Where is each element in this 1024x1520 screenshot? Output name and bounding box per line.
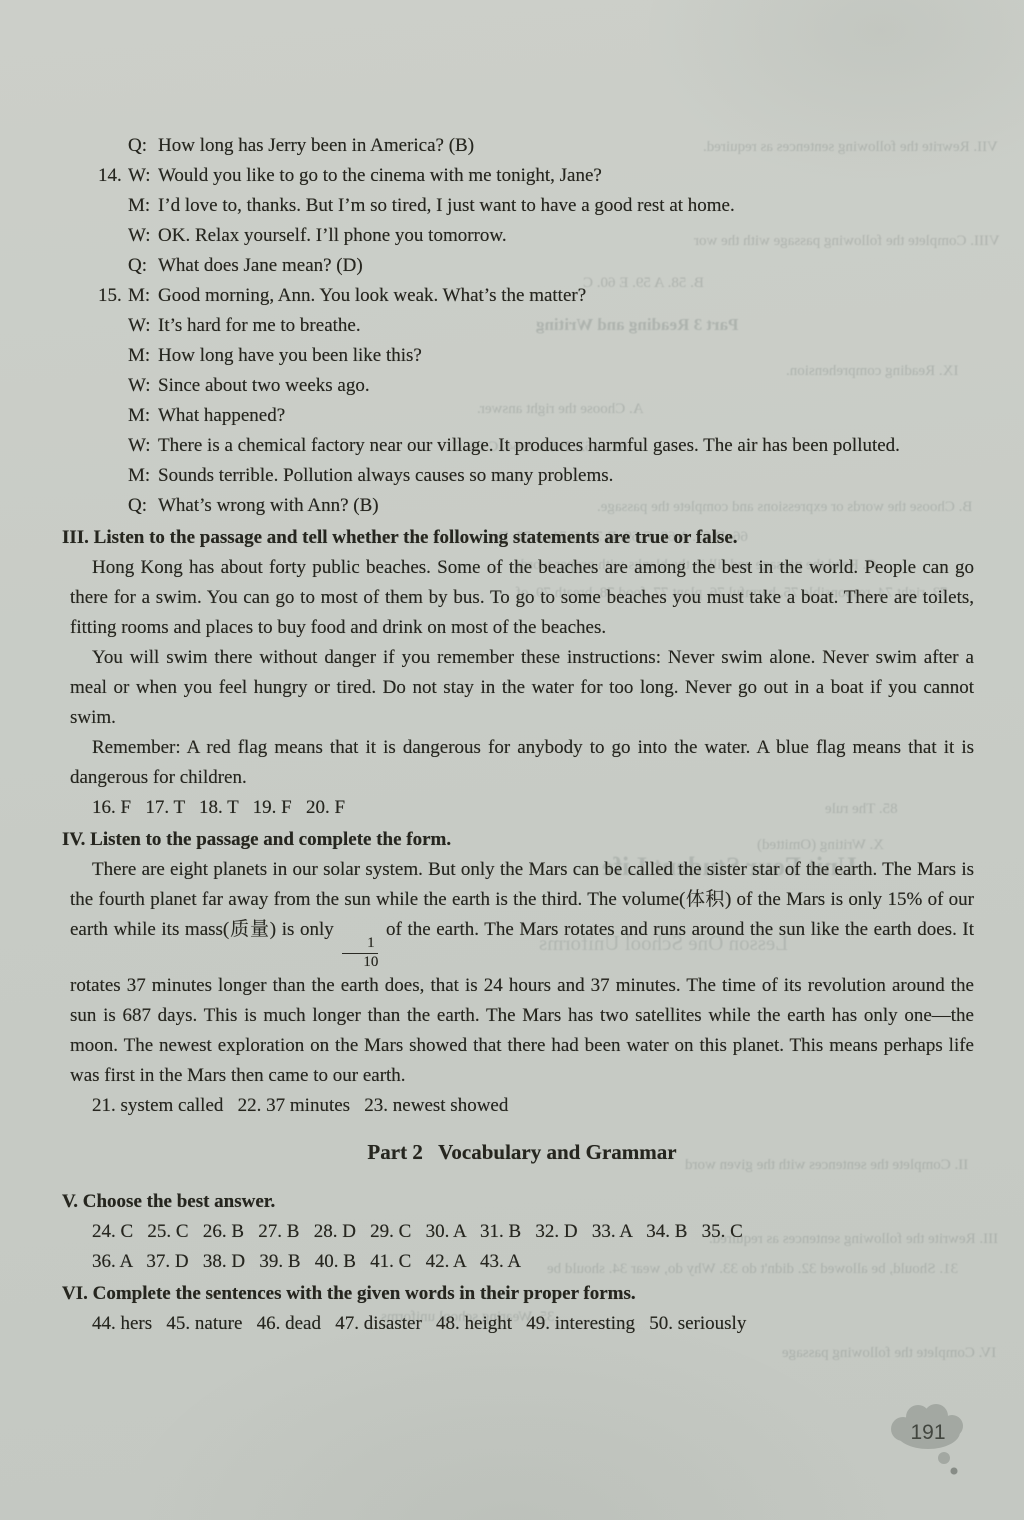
section-v-heading: V. Choose the best answer. [62,1187,974,1217]
dialog-text: Since about two weeks ago. [158,371,974,401]
dialog-line: Q: What’s wrong with Ann? (B) [98,491,974,521]
dialog-line: W: OK. Relax yourself. I’ll phone you to… [98,221,974,251]
dialog-line: M: Sounds terrible. Pollution always cau… [98,461,974,491]
dialog-line: Q: What does Jane mean? (D) [98,251,974,281]
item-number: 14. [98,161,128,191]
answers-24-35: 24. C 25. C 26. B 27. B 28. D 29. C 30. … [92,1217,974,1247]
answers-21-23: 21. system called 22. 37 minutes 23. new… [92,1091,974,1121]
section-iv-heading: IV. Listen to the passage and complete t… [62,825,974,855]
dialog-line: M: How long have you been like this? [98,341,974,371]
dialog-line: Q: How long has Jerry been in America? (… [98,131,974,161]
bleed-through-text: IV. Complete the following passage [782,1342,996,1364]
item-number [98,371,128,401]
dialog-text: What happened? [158,401,974,431]
item-number [98,131,128,161]
section-vi-heading: VI. Complete the sentences with the give… [62,1279,974,1309]
page-number: 191 [910,1421,945,1444]
speaker-label: W: [128,161,158,191]
mars-passage: There are eight planets in our solar sys… [70,855,974,1091]
speaker-label: M: [128,281,158,311]
item-number [98,191,128,221]
page-number-cloud: 191 [878,1402,980,1486]
cloud-trailing-dot [951,1468,958,1475]
item-number [98,401,128,431]
dialog-text: How long has Jerry been in America? (B) [158,131,974,161]
item-number: 15. [98,281,128,311]
speaker-label: M: [128,191,158,221]
item-number [98,311,128,341]
part-2-heading: Part 2 Vocabulary and Grammar [70,1137,974,1167]
speaker-label: Q: [128,251,158,281]
dialog-text: Sounds terrible. Pollution always causes… [158,461,974,491]
speaker-label: Q: [128,491,158,521]
dialog-line: 15. M: Good morning, Ann. You look weak.… [98,281,974,311]
dialog-line: W: Since about two weeks ago. [98,371,974,401]
beaches-passage-para3: Remember: A red flag means that it is da… [70,733,974,793]
dialog-line: 14. W: Would you like to go to the cinem… [98,161,974,191]
item-number [98,221,128,251]
item-number [98,341,128,371]
answers-44-50: 44. hers 45. nature 46. dead 47. disaste… [92,1309,974,1339]
speaker-label: W: [128,371,158,401]
answers-36-43: 36. A 37. D 38. D 39. B 40. B 41. C 42. … [92,1247,974,1277]
beaches-passage-para2: You will swim there without danger if yo… [70,643,974,733]
dialog-line: W: There is a chemical factory near our … [98,431,974,461]
scanned-textbook-page: VII. Rewrite the following sentences as … [0,0,1024,1520]
dialog-transcripts: Q: How long has Jerry been in America? (… [98,131,974,521]
page-content: Q: How long has Jerry been in America? (… [70,131,974,1339]
dialog-text: What does Jane mean? (D) [158,251,974,281]
answers-16-20: 16. F 17. T 18. T 19. F 20. F [92,793,974,823]
beaches-passage-para1: Hong Kong has about forty public beaches… [70,553,974,643]
dialog-line: M: What happened? [98,401,974,431]
dialog-line: W: It’s hard for me to breathe. [98,311,974,341]
dialog-text: Good morning, Ann. You look weak. What’s… [158,281,974,311]
speaker-label: M: [128,341,158,371]
dialog-text: Would you like to go to the cinema with … [158,161,974,191]
dialog-line: M: I’d love to, thanks. But I’m so tired… [98,191,974,221]
speaker-label: W: [128,311,158,341]
speaker-label: M: [128,401,158,431]
dialog-text: What’s wrong with Ann? (B) [158,491,974,521]
item-number [98,461,128,491]
speaker-label: M: [128,461,158,491]
fraction-denominator: 10 [341,954,378,971]
item-number [98,431,128,461]
dialog-text: There is a chemical factory near our vil… [158,431,974,461]
speaker-label: Q: [128,131,158,161]
dialog-text: I’d love to, thanks. But I’m so tired, I… [158,191,974,221]
speaker-label: W: [128,431,158,461]
fraction-one-tenth: 110 [339,936,380,971]
section-iii-heading: III. Listen to the passage and tell whet… [62,523,974,553]
item-number [98,491,128,521]
dialog-text: How long have you been like this? [158,341,974,371]
dialog-text: It’s hard for me to breathe. [158,311,974,341]
fraction-numerator: 1 [342,936,378,954]
item-number [98,251,128,281]
dialog-text: OK. Relax yourself. I’ll phone you tomor… [158,221,974,251]
mars-passage-after-fraction: of the earth. The Mars rotates and runs … [70,919,974,1086]
speaker-label: W: [128,221,158,251]
